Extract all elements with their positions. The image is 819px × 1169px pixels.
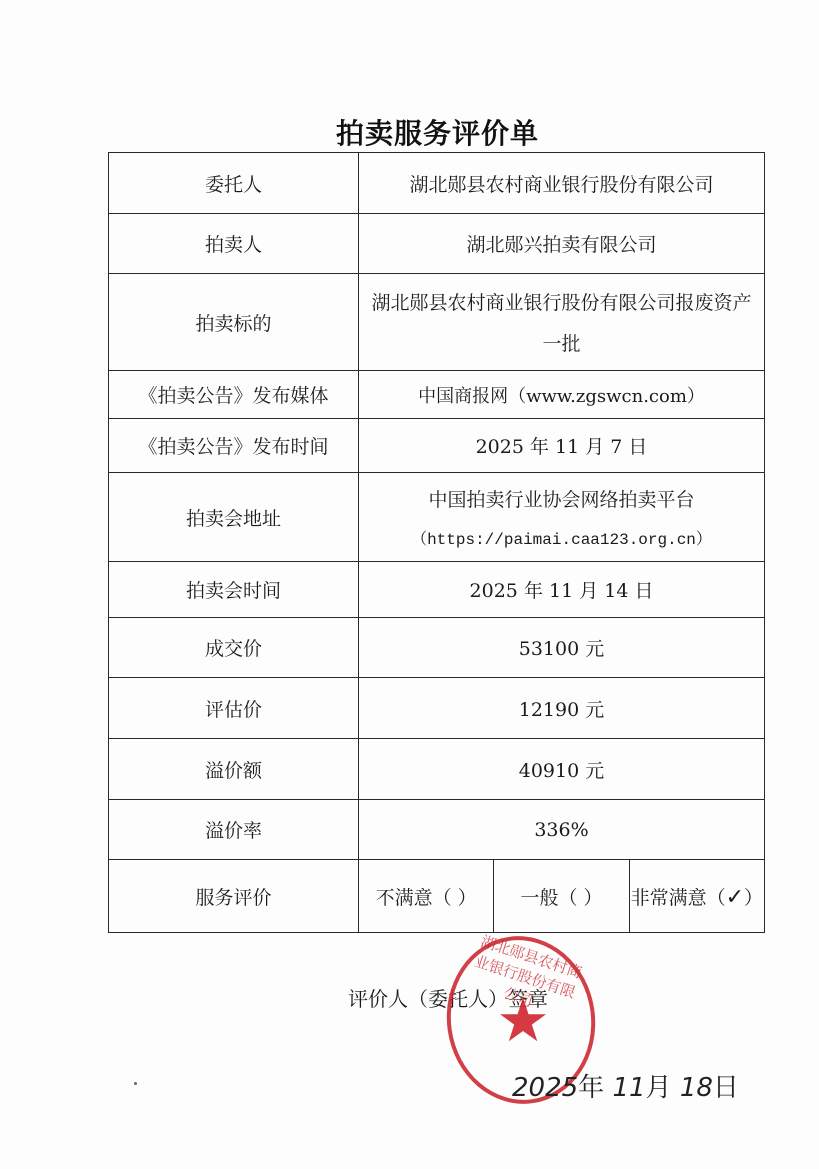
label-auction-venue: 拍卖会地址 bbox=[109, 473, 359, 562]
label-service-rating: 服务评价 bbox=[109, 860, 359, 933]
evaluation-table: 委托人 湖北郧县农村商业银行股份有限公司 拍卖人 湖北郧兴拍卖有限公司 拍卖标的… bbox=[108, 152, 765, 933]
rating-option-unsatisfied[interactable]: 不满意（ ） bbox=[359, 860, 494, 933]
label-consignor: 委托人 bbox=[109, 153, 359, 214]
label-auction-subject: 拍卖标的 bbox=[109, 274, 359, 371]
row-auctioneer: 拍卖人 湖北郧兴拍卖有限公司 bbox=[109, 214, 765, 274]
date-day-unit: 日 bbox=[713, 1073, 739, 1103]
venue-line-2: （https://paimai.caa123.org.cn） bbox=[359, 526, 764, 549]
row-deal-price: 成交价 53100 元 bbox=[109, 618, 765, 678]
row-announcement-date: 《拍卖公告》发布时间 2025 年 11 月 7 日 bbox=[109, 419, 765, 473]
date-year-unit: 年 bbox=[578, 1073, 604, 1103]
row-auction-subject: 拍卖标的 湖北郧县农村商业银行股份有限公司报废资产 一批 bbox=[109, 274, 765, 371]
row-auction-venue: 拍卖会地址 中国拍卖行业协会网络拍卖平台 （https://paimai.caa… bbox=[109, 473, 765, 562]
value-announcement-media: 中国商报网（www.zgswcn.com） bbox=[359, 371, 765, 419]
value-auction-subject: 湖北郧县农村商业银行股份有限公司报废资产 一批 bbox=[359, 274, 765, 371]
seal-star-icon: ★ bbox=[495, 993, 551, 1049]
value-premium-rate: 336% bbox=[359, 800, 765, 860]
value-consignor: 湖北郧县农村商业银行股份有限公司 bbox=[359, 153, 765, 214]
label-premium-rate: 溢价率 bbox=[109, 800, 359, 860]
label-auction-time: 拍卖会时间 bbox=[109, 562, 359, 618]
rating-option-very-satisfied[interactable]: 非常满意（✓） bbox=[629, 860, 764, 933]
very-satisfied-label: 非常满意（ bbox=[631, 887, 726, 909]
checkmark-icon: ✓ bbox=[726, 885, 744, 910]
value-deal-price: 53100 元 bbox=[359, 618, 765, 678]
date-year: 2025 bbox=[512, 1073, 578, 1103]
row-auction-time: 拍卖会时间 2025 年 11 月 14 日 bbox=[109, 562, 765, 618]
label-appraised-price: 评估价 bbox=[109, 678, 359, 739]
venue-line-1: 中国拍卖行业协会网络拍卖平台 bbox=[428, 489, 694, 511]
row-premium-amount: 溢价额 40910 元 bbox=[109, 739, 765, 800]
subject-line-1: 湖北郧县农村商业银行股份有限公司报废资产 bbox=[371, 292, 751, 314]
value-premium-amount: 40910 元 bbox=[359, 739, 765, 800]
signed-date: 2025年 11月 18日 bbox=[512, 1067, 739, 1104]
label-premium-amount: 溢价额 bbox=[109, 739, 359, 800]
value-auction-venue: 中国拍卖行业协会网络拍卖平台 （https://paimai.caa123.or… bbox=[359, 473, 765, 562]
value-appraised-price: 12190 元 bbox=[359, 678, 765, 739]
label-announcement-date: 《拍卖公告》发布时间 bbox=[109, 419, 359, 473]
document-title: 拍卖服务评价单 bbox=[0, 112, 819, 152]
subject-line-2: 一批 bbox=[359, 329, 764, 356]
date-month: 11 bbox=[612, 1073, 645, 1103]
value-auctioneer: 湖北郧兴拍卖有限公司 bbox=[359, 214, 765, 274]
date-month-unit: 月 bbox=[646, 1073, 672, 1103]
value-announcement-date: 2025 年 11 月 7 日 bbox=[359, 419, 765, 473]
row-announcement-media: 《拍卖公告》发布媒体 中国商报网（www.zgswcn.com） bbox=[109, 371, 765, 419]
date-day: 18 bbox=[680, 1073, 713, 1103]
label-deal-price: 成交价 bbox=[109, 618, 359, 678]
row-consignor: 委托人 湖北郧县农村商业银行股份有限公司 bbox=[109, 153, 765, 214]
row-service-rating: 服务评价 不满意（ ） 一般（ ） 非常满意（✓） bbox=[109, 860, 765, 933]
rating-option-average[interactable]: 一般（ ） bbox=[494, 860, 629, 933]
label-auctioneer: 拍卖人 bbox=[109, 214, 359, 274]
label-announcement-media: 《拍卖公告》发布媒体 bbox=[109, 371, 359, 419]
row-appraised-price: 评估价 12190 元 bbox=[109, 678, 765, 739]
very-satisfied-close: ） bbox=[744, 887, 763, 909]
scan-speck bbox=[134, 1082, 137, 1085]
row-premium-rate: 溢价率 336% bbox=[109, 800, 765, 860]
value-auction-time: 2025 年 11 月 14 日 bbox=[359, 562, 765, 618]
